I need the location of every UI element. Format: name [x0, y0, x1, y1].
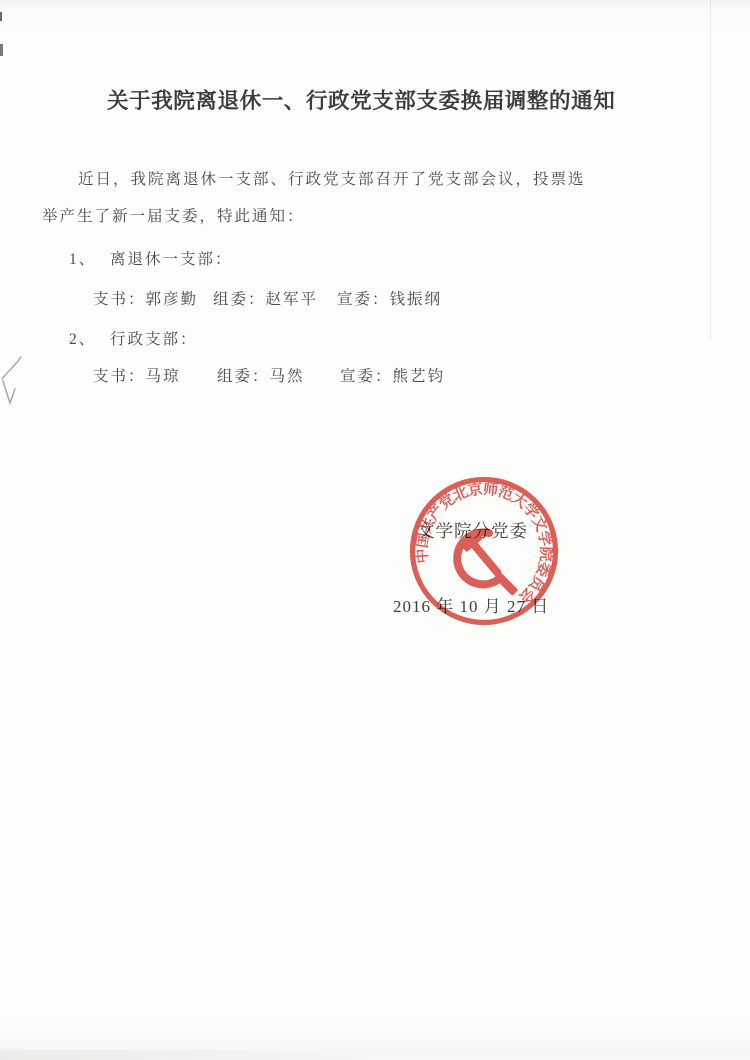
- role-organizer: 组委：马然: [217, 364, 305, 386]
- scanned-notice-page: 关于我院离退休一、行政党支部支委换届调整的通知 近日，我院离退休一支部、行政党支…: [0, 0, 750, 1060]
- scan-edge-artifact: [0, 12, 2, 21]
- official-seal: 中国共产党北京师范大学文学院委员会: [404, 471, 564, 631]
- scan-edge-artifact: [0, 44, 3, 56]
- party-emblem-icon: [457, 529, 518, 596]
- list-item-number: 1、: [69, 247, 96, 269]
- list-item: 1、 离退休一支部：: [0, 247, 750, 271]
- role-organizer: 组委：赵军平: [213, 287, 318, 309]
- document-title: 关于我院离退休一、行政党支部支委换届调整的通知: [107, 84, 615, 115]
- role-publicity: 宣委：钱振纲: [337, 287, 442, 309]
- committee-roles-row: 支书：马琼 组委：马然 宣委：熊艺钧: [0, 364, 750, 388]
- role-secretary: 支书：马琼: [93, 364, 181, 386]
- list-item: 2、 行政支部：: [0, 327, 750, 351]
- scan-shadow-artifact: [0, 1050, 370, 1060]
- role-publicity: 宣委：熊艺钧: [340, 364, 445, 386]
- list-item-heading: 离退休一支部：: [110, 247, 233, 269]
- role-secretary: 支书：郭彦勤: [93, 287, 198, 309]
- list-item-heading: 行政支部：: [110, 327, 198, 349]
- list-item-number: 2、: [69, 327, 96, 349]
- paragraph-line: 举产生了新一届支委，特此通知：: [42, 204, 305, 226]
- committee-roles-row: 支书：郭彦勤 组委：赵军平 宣委：钱振纲: [0, 287, 750, 311]
- paragraph-line: 近日，我院离退休一支部、行政党支部召开了党支部会议，投票选: [78, 167, 586, 189]
